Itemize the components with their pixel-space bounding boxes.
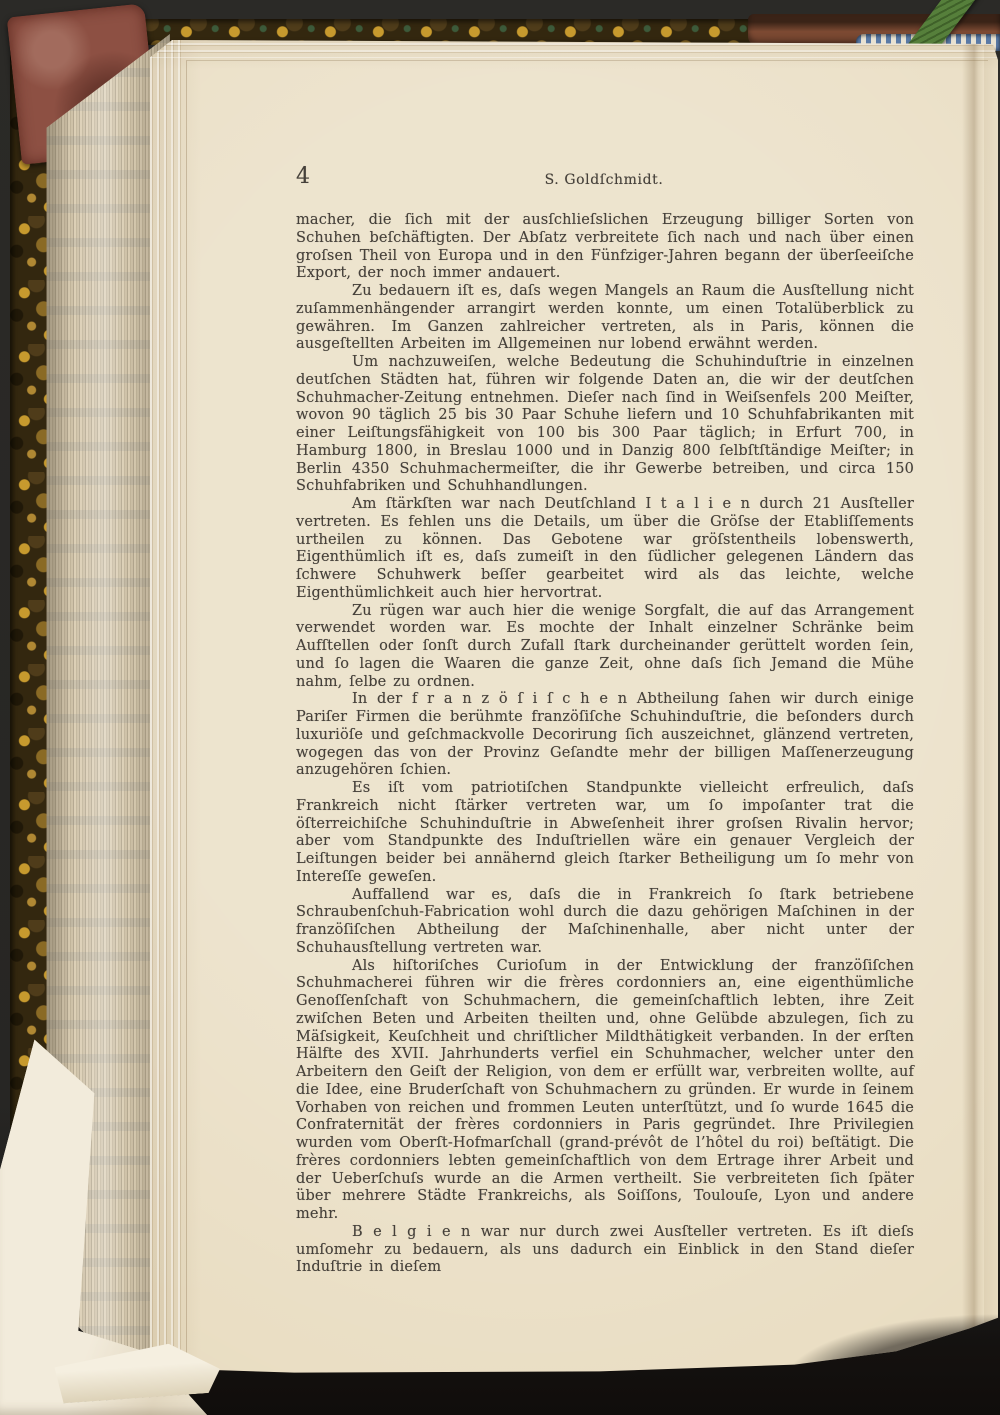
paragraph: Es iſt vom patriotiſchen Standpunkte vie… <box>296 780 914 887</box>
paragraph: Auffallend war es, daſs die in Frankreic… <box>296 887 914 958</box>
paragraph: Am ſtärkſten war nach Deutſchland I t a … <box>296 496 914 603</box>
running-header: S. Goldſchmidt. <box>296 172 912 188</box>
page-edge-lines-left <box>150 36 184 1374</box>
paragraph: B e l g i e n war nur durch zwei Ausſtel… <box>296 1224 914 1277</box>
paragraph: Als hiſtoriſches Curioſum in der Entwick… <box>296 958 914 1224</box>
paragraph: Zu rügen war auch hier die wenige Sorgfa… <box>296 603 914 692</box>
page-body: macher, die ſich mit der ausſchlieſslich… <box>296 212 914 1277</box>
paragraph: In der f r a n z ö ſ i ſ c h e n Abtheil… <box>296 691 914 780</box>
scanned-book-photo: 4 S. Goldſchmidt. macher, die ſich mit d… <box>0 0 1000 1415</box>
paragraph: Zu bedauern iſt es, daſs wegen Mangels a… <box>296 283 914 354</box>
facing-page-sliver <box>984 36 998 1374</box>
paragraph: macher, die ſich mit der ausſchlieſslich… <box>296 212 914 283</box>
paragraph: Um nachzuweiſen, welche Bedeutung die Sc… <box>296 354 914 496</box>
book-page: 4 S. Goldſchmidt. macher, die ſich mit d… <box>150 36 998 1374</box>
gutter-crease <box>962 36 984 1374</box>
